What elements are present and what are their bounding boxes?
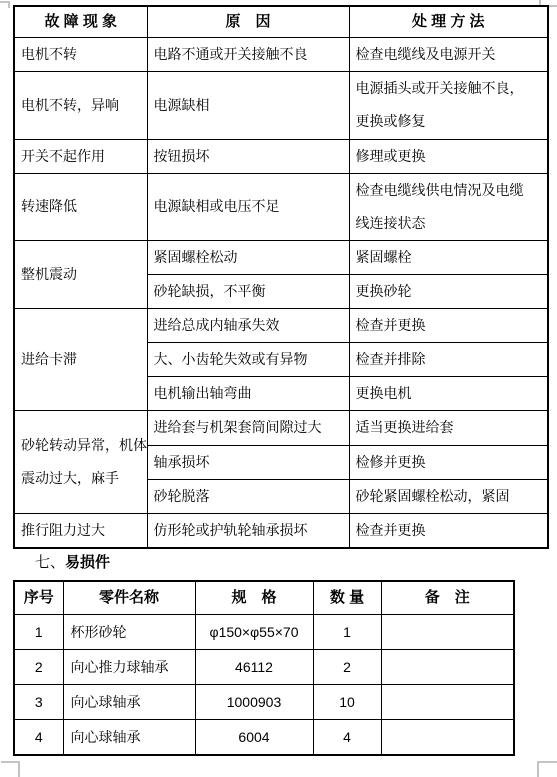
table-row: 砂轮转动异常，机体 震动过大，麻手进给套与机架套筒间隙过大适当更换进给套 <box>14 410 548 445</box>
table-cell: 电机输出轴弯曲 <box>147 376 349 410</box>
table-cell: 仿形轮或护轨轮轴承损坏 <box>147 513 349 548</box>
table-cell: 10 <box>313 684 381 719</box>
table-row: 转速降低电源缺相或电压不足检查电缆线供电情况及电缆 线连接状态 <box>14 173 548 240</box>
table-cell: 整机震动 <box>14 240 147 308</box>
table-cell: 1 <box>14 614 63 649</box>
table-cell <box>381 649 514 684</box>
table-cell: 转速降低 <box>14 173 147 240</box>
table-cell: 按钮损坏 <box>147 139 349 173</box>
section-number: 七、 <box>35 554 65 571</box>
parts-table: 序号零件名称规 格数 量备 注 1杯形砂轮φ150×φ55×7012向心推力球轴… <box>13 580 515 756</box>
table-cell: 修理或更换 <box>349 139 548 173</box>
table-cell: 向心球轴承 <box>63 684 195 719</box>
table-cell <box>381 719 514 755</box>
table-cell: 电机不转，异响 <box>14 71 147 139</box>
table-cell: 电源插头或开关接触不良， 更换或修复 <box>349 71 548 139</box>
page-boundary-corner-mark <box>537 761 557 777</box>
table-cell: 检查并更换 <box>349 308 548 342</box>
table-cell: 推行阻力过大 <box>14 513 147 548</box>
table-row: 整机震动紧固螺栓松动紧固螺栓 <box>14 240 548 274</box>
table-cell: 6004 <box>195 719 313 755</box>
table-cell: 更换砂轮 <box>349 274 548 308</box>
fault-table-body: 电机不转电路不通或开关接触不良检查电缆线及电源开关电机不转，异响电源缺相电源插头… <box>14 37 548 548</box>
table-cell: 电源缺相或电压不足 <box>147 173 349 240</box>
table-cell: 电路不通或开关接触不良 <box>147 37 349 71</box>
table-cell: 电机不转 <box>14 37 147 71</box>
table-row: 进给卡滞进给总成内轴承失效检查并更换 <box>14 308 548 342</box>
table-cell: 2 <box>14 649 63 684</box>
table-row: 推行阻力过大仿形轮或护轨轮轴承损坏检查并更换 <box>14 513 548 548</box>
parts-table-header-row: 序号零件名称规 格数 量备 注 <box>14 581 514 614</box>
column-header: 备 注 <box>381 581 514 614</box>
table-cell <box>381 614 514 649</box>
table-cell: 进给套与机架套筒间隙过大 <box>147 410 349 445</box>
table-cell: 电源缺相 <box>147 71 349 139</box>
table-cell: 3 <box>14 684 63 719</box>
table-row: 3向心球轴承100090310 <box>14 684 514 719</box>
table-cell: 适当更换进给套 <box>349 410 548 445</box>
column-header: 故 障 现 象 <box>14 6 147 37</box>
table-row: 4向心球轴承60044 <box>14 719 514 755</box>
table-row: 1杯形砂轮φ150×φ55×701 <box>14 614 514 649</box>
page-boundary-corner-mark <box>1 761 20 777</box>
table-row: 开关不起作用按钮损坏修理或更换 <box>14 139 548 173</box>
table-cell: 检查电缆线及电源开关 <box>349 37 548 71</box>
table-row: 电机不转，异响电源缺相电源插头或开关接触不良， 更换或修复 <box>14 71 548 139</box>
table-cell: 检修并更换 <box>349 445 548 479</box>
table-cell: 1 <box>313 614 381 649</box>
table-row: 2向心推力球轴承461122 <box>14 649 514 684</box>
section-title: 易损件 <box>65 554 110 571</box>
table-cell: 砂轮转动异常，机体 震动过大，麻手 <box>14 410 147 513</box>
document-page: 故 障 现 象原 因处 理 方 法 电机不转电路不通或开关接触不良检查电缆线及电… <box>0 0 557 777</box>
table-row: 电机不转电路不通或开关接触不良检查电缆线及电源开关 <box>14 37 548 71</box>
table-cell: 开关不起作用 <box>14 139 147 173</box>
table-cell: 检查并更换 <box>349 513 548 548</box>
column-header: 规 格 <box>195 581 313 614</box>
table-cell: 2 <box>313 649 381 684</box>
table-cell: 紧固螺栓松动 <box>147 240 349 274</box>
table-cell: 4 <box>14 719 63 755</box>
column-header: 数 量 <box>313 581 381 614</box>
table-cell: 进给卡滞 <box>14 308 147 410</box>
table-cell: 大、小齿轮失效或有异物 <box>147 342 349 376</box>
parts-table-body: 1杯形砂轮φ150×φ55×7012向心推力球轴承4611223向心球轴承100… <box>14 614 514 755</box>
fault-table: 故 障 现 象原 因处 理 方 法 电机不转电路不通或开关接触不良检查电缆线及电… <box>13 5 549 549</box>
table-cell: 砂轮紧固螺栓松动，紧固 <box>349 479 548 513</box>
table-cell: 1000903 <box>195 684 313 719</box>
column-header: 处 理 方 法 <box>349 6 548 37</box>
table-cell: 紧固螺栓 <box>349 240 548 274</box>
section-heading: 七、易损件 <box>35 550 110 576</box>
column-header: 序号 <box>14 581 63 614</box>
table-cell: 检查并排除 <box>349 342 548 376</box>
table-cell: 46112 <box>195 649 313 684</box>
table-cell: 4 <box>313 719 381 755</box>
column-header: 零件名称 <box>63 581 195 614</box>
table-cell: 轴承损坏 <box>147 445 349 479</box>
table-cell: 杯形砂轮 <box>63 614 195 649</box>
fault-table-header-row: 故 障 现 象原 因处 理 方 法 <box>14 6 548 37</box>
table-cell: 检查电缆线供电情况及电缆 线连接状态 <box>349 173 548 240</box>
table-cell: 砂轮脱落 <box>147 479 349 513</box>
table-cell: 砂轮缺损，不平衡 <box>147 274 349 308</box>
table-cell: φ150×φ55×70 <box>195 614 313 649</box>
table-cell: 更换电机 <box>349 376 548 410</box>
table-cell <box>381 684 514 719</box>
page-boundary-corner-mark <box>0 1 10 8</box>
table-cell: 向心推力球轴承 <box>63 649 195 684</box>
table-cell: 向心球轴承 <box>63 719 195 755</box>
table-cell: 进给总成内轴承失效 <box>147 308 349 342</box>
column-header: 原 因 <box>147 6 349 37</box>
